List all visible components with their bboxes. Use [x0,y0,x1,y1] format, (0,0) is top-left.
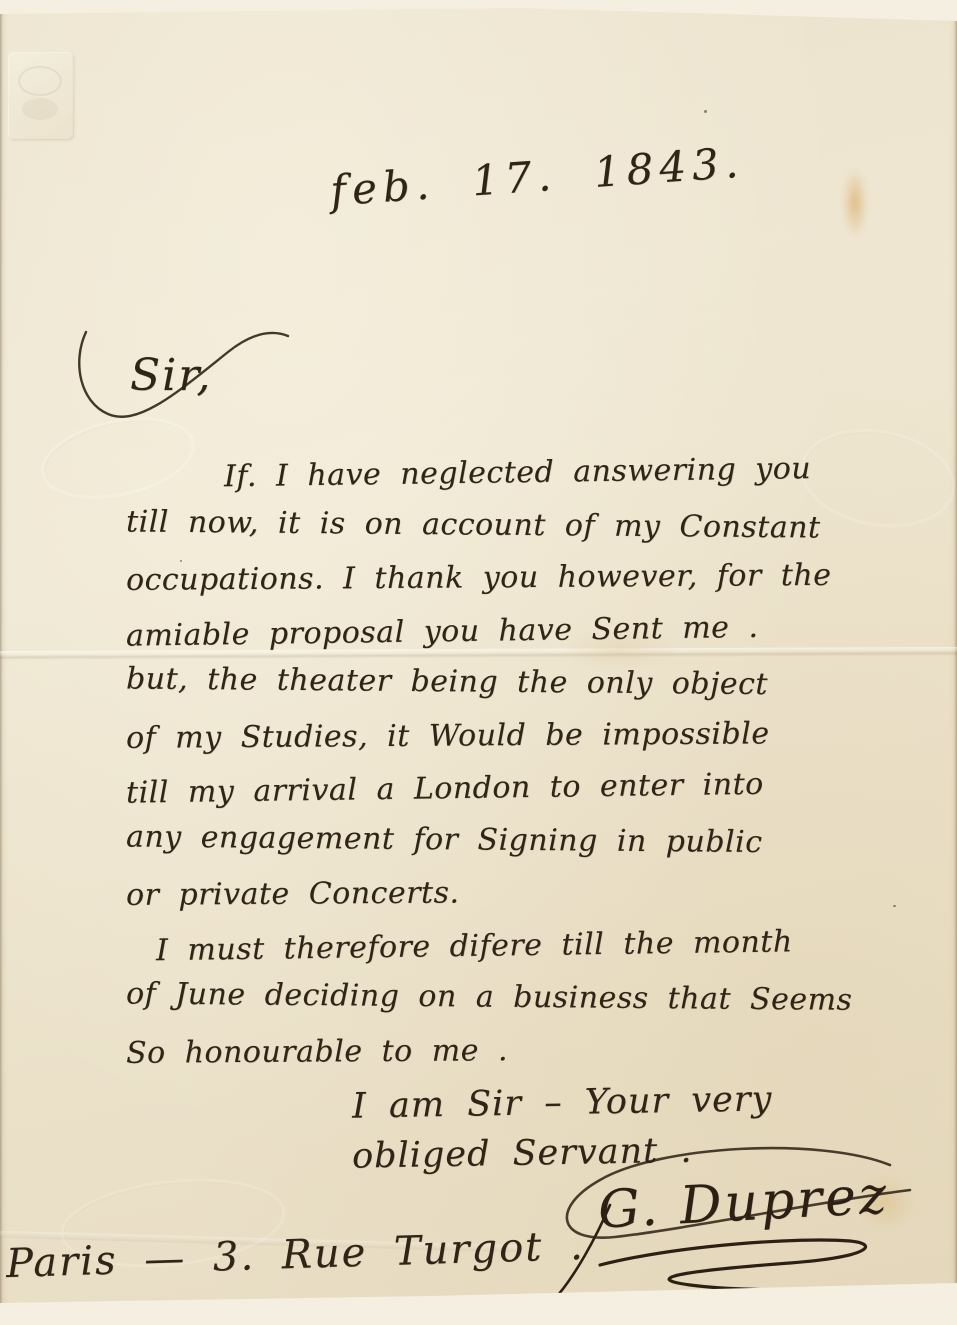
closing-line: I am Sir – Your very [352,1074,773,1131]
body-line: till my arrival a London to enter into [126,756,939,820]
body-line: of my Studies, it Would be impossible [126,707,938,765]
body-line: of June deciding on a business that Seem… [126,968,938,1028]
embossed-stationery-stamp [8,52,74,140]
salutation-flourish-stroke [78,322,378,432]
ink-speck [704,110,707,113]
salutation-block: Sir, [78,322,378,432]
body-line: till now, it is on account of my Constan… [126,496,938,556]
body-line: occupations. I thank you however, for th… [126,549,938,607]
salutation-text: Sir, [130,350,212,401]
body-line: any engagement for Signing in public [126,811,938,871]
body-line: So honourable to me . [126,1022,938,1080]
letter-paper-sheet: feb. 17. 1843. Sir, If. I have neglected… [0,0,957,1325]
orange-stain [842,168,868,238]
date-line: feb. 17. 1843. [329,138,746,216]
body-line: but, the theater being the only object [126,653,938,713]
body-line: amiable proposal you have Sent me . [126,599,939,663]
body-line: or private Concerts. [126,864,938,922]
signature-block: G. Duprez [540,1145,940,1310]
body-line: If. I have neglected answering you [126,441,939,505]
letter-body: If. I have neglected answering you till … [126,447,938,1077]
body-line: I must therefore difere till the month [126,914,939,978]
letter-photograph: feb. 17. 1843. Sir, If. I have neglected… [0,0,957,1325]
